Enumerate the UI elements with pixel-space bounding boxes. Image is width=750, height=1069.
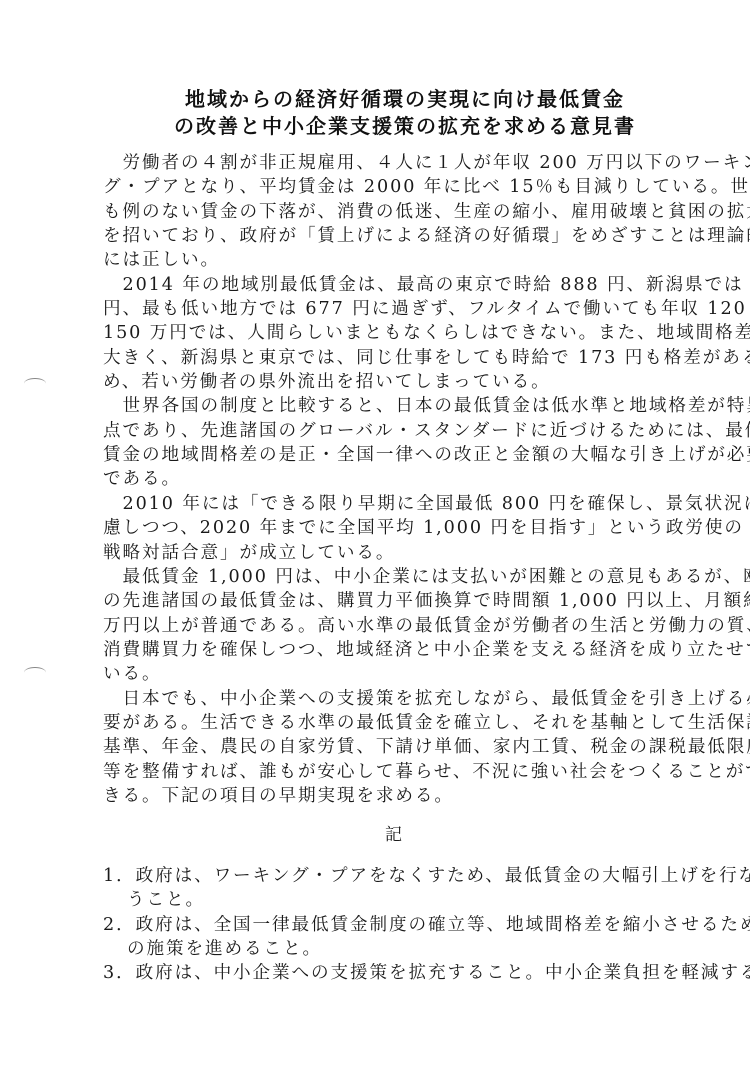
body-line: 賃金の地域間格差の是正・全国一律への改正と金額の大幅な引き上げが必要 [103, 443, 675, 467]
body-line: 大きく、新潟県と東京では、同じ仕事をしても時給で 173 円も格差があるた [103, 346, 675, 370]
document-page: 地域からの経済好循環の実現に向け最低賃金 の改善と中小企業支援策の拡充を求める意… [0, 0, 750, 1069]
body-line: グ・プアとなり、平均賃金は 2000 年に比べ 15％も目減りしている。世界に [103, 175, 675, 199]
punch-hole-mark-top [24, 378, 46, 389]
body-line: 2010 年には「できる限り早期に全国最低 800 円を確保し、景気状況に配 [103, 492, 675, 516]
body-line: の先進諸国の最低賃金は、購買力平価換算で時間額 1,000 円以上、月額約 20 [103, 589, 675, 613]
body-line: 要がある。生活できる水準の最低賃金を確立し、それを基軸として生活保護 [103, 711, 675, 735]
body-line: きる。下記の項目の早期実現を求める。 [103, 784, 675, 808]
body-line: 点であり、先進諸国のグローバル・スタンダードに近づけるためには、最低 [103, 419, 675, 443]
body-line: 日本でも、中小企業への支援策を拡充しながら、最低賃金を引き上げる必 [103, 687, 675, 711]
body-line: 150 万円では、人間らしいまともなくらしはできない。また、地域間格差も [103, 321, 675, 345]
body-line: 慮しつつ、2020 年までに全国平均 1,000 円を目指す」という政労使の「雇… [103, 516, 675, 540]
request-items-list: 1．政府は、ワーキング・プアをなくすため、最低賃金の大幅引上げを行な うこと。 … [103, 864, 683, 986]
body-line: 万円以上が普通である。高い水準の最低賃金が労働者の生活と労働力の質、 [103, 614, 675, 638]
body-line: も例のない賃金の下落が、消費の低迷、生産の縮小、雇用破壊と貧困の拡大 [103, 200, 675, 224]
item-line: 1．政府は、ワーキング・プアをなくすため、最低賃金の大幅引上げを行な [103, 864, 683, 888]
title-line-2: の改善と中小企業支援策の拡充を求める意見書 [150, 113, 660, 140]
body-line: 最低賃金 1,000 円は、中小企業には支払いが困難との意見もあるが、欧州 [103, 565, 675, 589]
body-line: には正しい。 [103, 248, 675, 272]
request-item-3: 3．政府は、中小企業への支援策を拡充すること。中小企業負担を軽減する [103, 961, 683, 985]
punch-hole-mark-bottom [24, 667, 46, 678]
body-line: 等を整備すれば、誰もが安心して暮らせ、不況に強い社会をつくることがで [103, 760, 675, 784]
body-line: 戦略対話合意」が成立している。 [103, 541, 675, 565]
body-line: である。 [103, 467, 675, 491]
item-line: 3．政府は、中小企業への支援策を拡充すること。中小企業負担を軽減する [103, 961, 683, 985]
body-line: を招いており、政府が「賃上げによる経済の好循環」をめざすことは理論的 [103, 224, 675, 248]
item-line: の施策を進めること。 [103, 937, 683, 961]
body-line: 円、最も低い地方では 677 円に過ぎず、フルタイムで働いても年収 120 万～ [103, 297, 675, 321]
body-line: 世界各国の制度と比較すると、日本の最低賃金は低水準と地域格差が特異 [103, 394, 675, 418]
request-item-1: 1．政府は、ワーキング・プアをなくすため、最低賃金の大幅引上げを行な うこと。 [103, 864, 683, 913]
body-line: 労働者の４割が非正規雇用、４人に１人が年収 200 万円以下のワーキン [103, 151, 675, 175]
title-line-1: 地域からの経済好循環の実現に向け最低賃金 [150, 86, 660, 113]
body-line: いる。 [103, 662, 675, 686]
item-line: 2．政府は、全国一律最低賃金制度の確立等、地域間格差を縮小させるため [103, 913, 683, 937]
body-line: 2014 年の地域別最低賃金は、最高の東京で時給 888 円、新潟県では 715 [103, 273, 675, 297]
item-line: うこと。 [103, 888, 683, 912]
document-body: 労働者の４割が非正規雇用、４人に１人が年収 200 万円以下のワーキン グ・プア… [103, 151, 675, 808]
body-line: 消費購買力を確保しつつ、地域経済と中小企業を支える経済を成り立たせて [103, 638, 675, 662]
body-line: 基準、年金、農民の自家労賃、下請け単価、家内工賃、税金の課税最低限度 [103, 735, 675, 759]
body-line: め、若い労働者の県外流出を招いてしまっている。 [103, 370, 675, 394]
request-item-2: 2．政府は、全国一律最低賃金制度の確立等、地域間格差を縮小させるため の施策を進… [103, 913, 683, 962]
document-title: 地域からの経済好循環の実現に向け最低賃金 の改善と中小企業支援策の拡充を求める意… [150, 86, 660, 140]
ki-heading: 記 [385, 820, 403, 845]
